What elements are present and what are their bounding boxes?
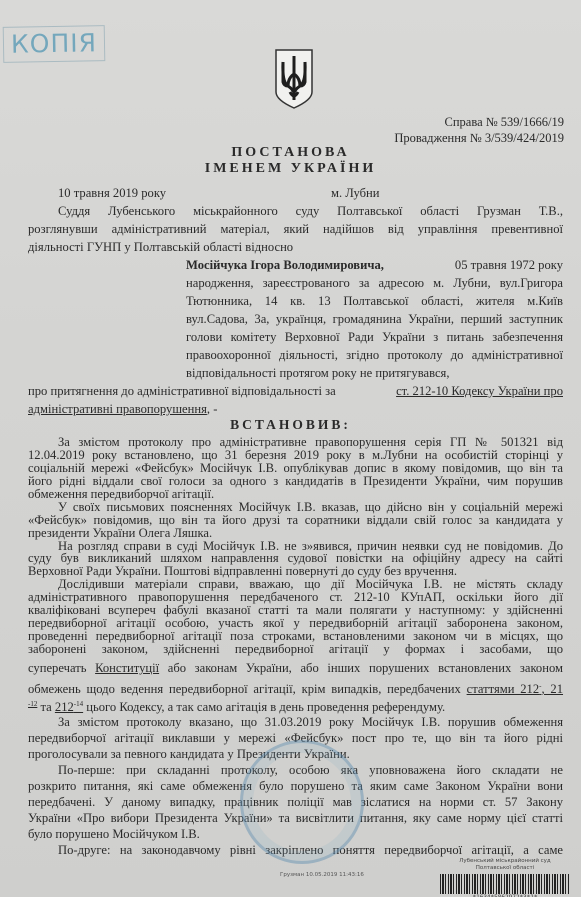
person-name-line: Мосійчука Ігора Володимировича, 05 травн… (186, 256, 563, 274)
ruling-city: м. Лубни (331, 184, 380, 202)
document-subtitle: ІМЕНЕМ УКРАЇНИ (0, 161, 581, 177)
person-detail-line: відповідальності протягом року не притяг… (186, 364, 449, 382)
sup: -14 (74, 700, 83, 708)
charge-line-2: адміністративні правопорушення, - (28, 400, 217, 418)
text: суперечать (28, 661, 95, 675)
article-link[interactable]: ст. 212-10 Кодексу України про (396, 382, 563, 400)
text: або законам України, або інших порушених… (159, 661, 563, 675)
proceeding-number: Провадження № 3/539/424/2019 (394, 130, 564, 146)
case-reference: Справа № 539/1666/19 Провадження № 3/539… (394, 114, 564, 146)
person-name: Мосійчука Ігора Володимировича, (186, 256, 384, 274)
barcode-block: Лубенський міськрайонний суд Полтавської… (440, 858, 570, 897)
charge-suffix: , - (207, 402, 218, 416)
ruling-date: 10 травня 2019 року (58, 184, 166, 202)
body-line: заборонені законом, здійсненні передвибо… (28, 641, 563, 657)
established-heading: ВСТАНОВИВ: (0, 417, 581, 433)
intro-line: Суддя Лубенського міськрайонного суду По… (58, 202, 563, 220)
body-line: По-друге: на законодавчому рівні закріпл… (58, 841, 563, 859)
case-number: Справа № 539/1666/19 (394, 114, 564, 130)
coat-of-arms-trident-icon (274, 48, 314, 110)
person-detail-line: Тютюнника, 14 кв. 13 Полтавської області… (186, 292, 563, 310)
person-detail-line: народження, зареєстрованого за адресою м… (186, 274, 563, 292)
e-signature: Грузман 10.05.2019 11:43:16 (280, 872, 364, 878)
copy-stamp: КОПІЯ (3, 25, 106, 63)
barcode (440, 874, 570, 894)
article-21-link[interactable]: , 21 (541, 682, 563, 696)
intro-line: розглянувши адміністративний матеріал, я… (28, 220, 563, 238)
code-link[interactable]: адміністративні правопорушення (28, 402, 207, 416)
barcode-court: Лубенський міськрайонний суд (440, 858, 570, 865)
court-ruling-page: КОПІЯ Справа № 539/1666/19 Провадження №… (0, 0, 581, 897)
articles-link-text: статтями 212 (467, 682, 540, 696)
person-detail-line: вул.Садова, 3а, українця, громадянина Ук… (186, 310, 563, 328)
charge-line: про притягнення до адміністративної відп… (28, 382, 563, 400)
intro-line: діяльності ГУНП у Полтавській області ві… (28, 238, 293, 256)
person-detail-line: голови комітету Верховної Ради України з… (186, 328, 563, 346)
person-birthdate: 05 травня 1972 року (455, 256, 563, 274)
person-detail-line: правоохоронної діяльності, згідно проток… (186, 346, 563, 364)
sup: -12 (28, 700, 37, 708)
charge-prefix: про притягнення до адміністративної відп… (28, 382, 336, 400)
articles-link[interactable]: статтями 212- (467, 682, 542, 696)
constitution-link[interactable]: Конституції (95, 661, 159, 675)
barcode-region: Полтавської області (440, 865, 570, 872)
text: та (37, 700, 55, 714)
document-title: ПОСТАНОВА (0, 145, 581, 161)
constitution-line: суперечать Конституції або законам Украї… (28, 659, 563, 677)
